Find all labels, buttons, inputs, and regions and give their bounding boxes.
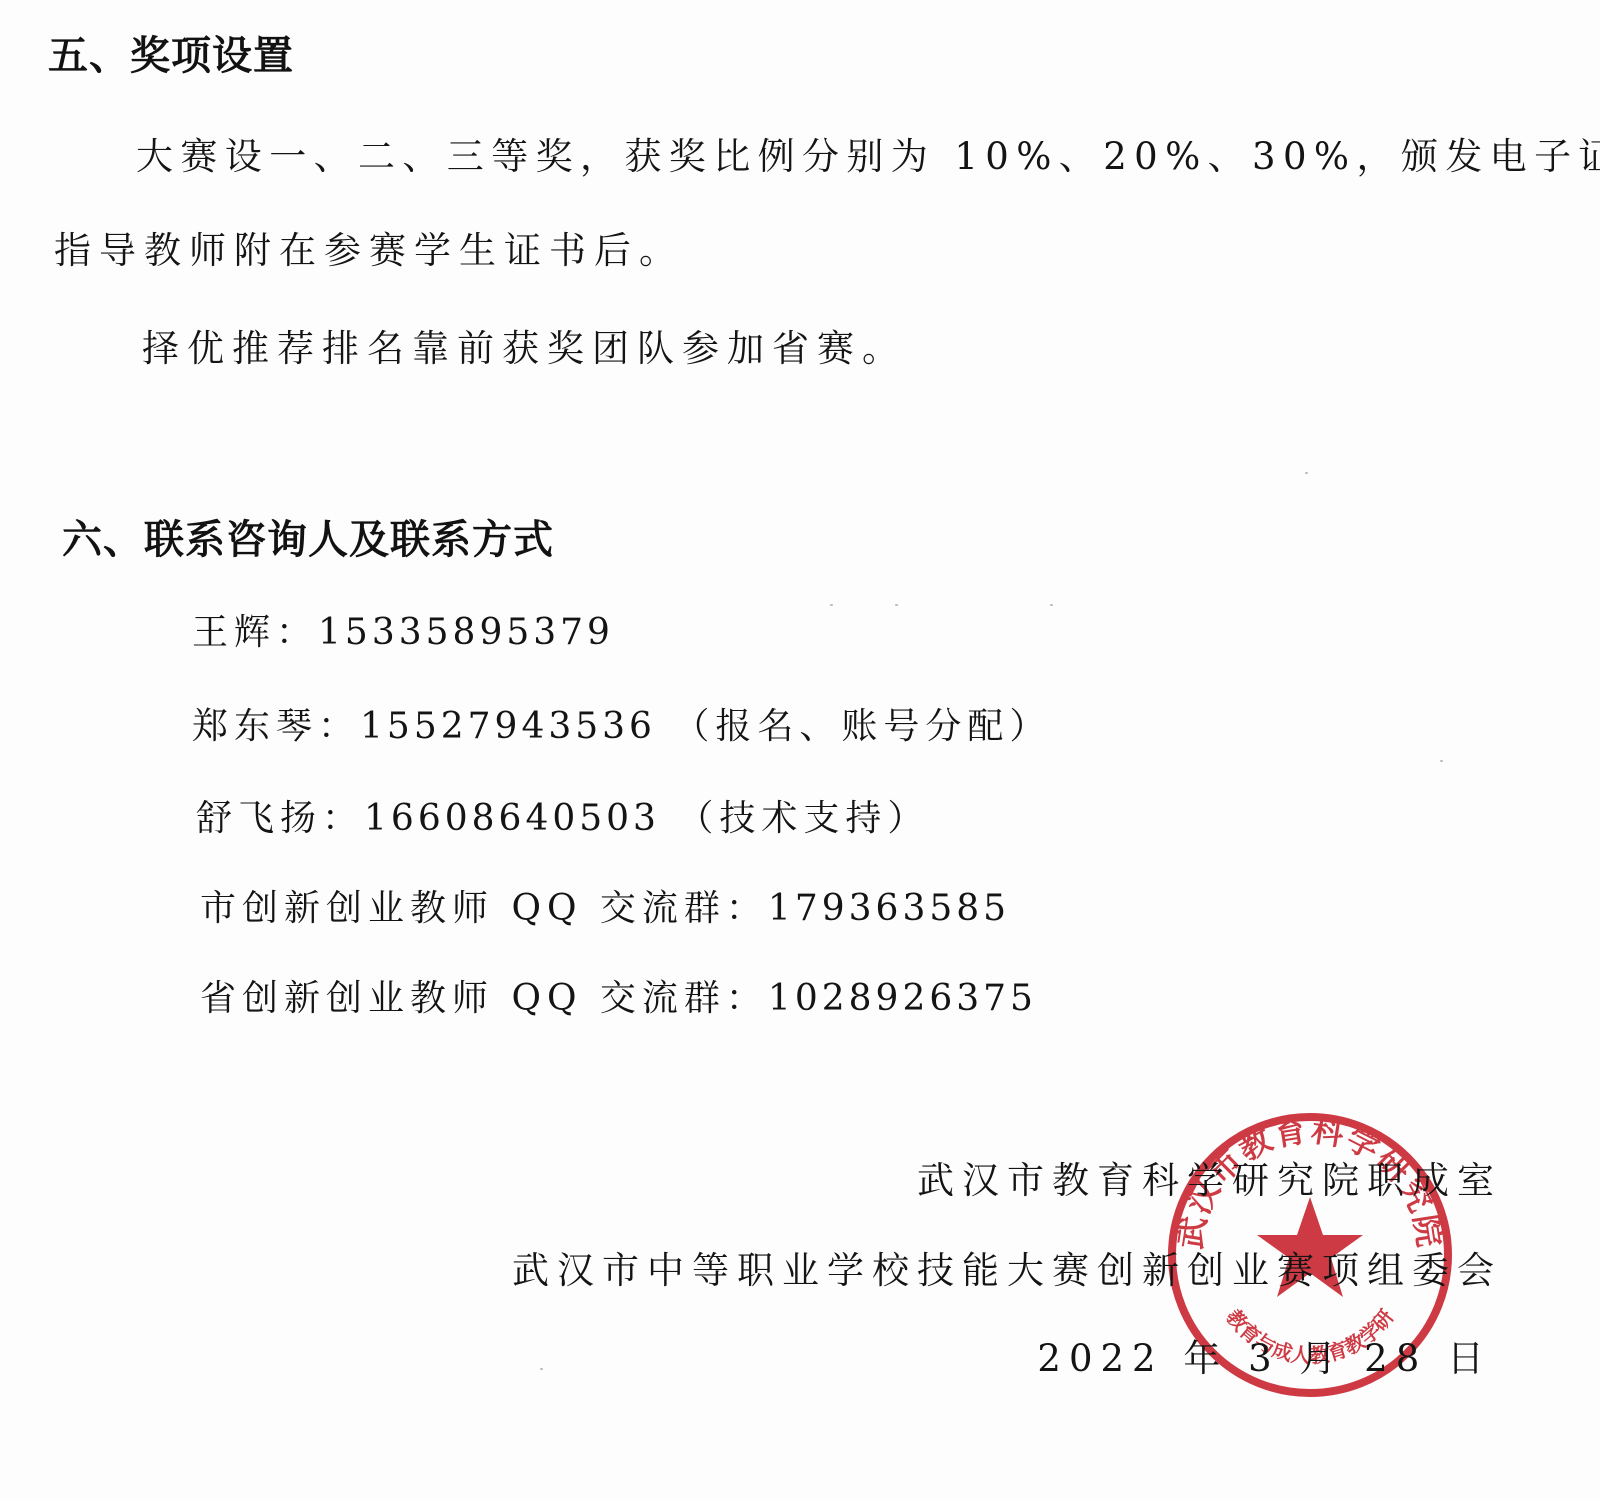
scan-speck: [895, 604, 898, 606]
signature-date: 2022 年 3 月 28 日: [1037, 1328, 1492, 1382]
qq-group-label: 市创新创业教师 QQ 交流群：: [200, 888, 768, 929]
qq-group-row: 市创新创业教师 QQ 交流群：179363585: [200, 880, 1010, 931]
scan-speck: [830, 604, 833, 606]
qq-group-number[interactable]: 179363585: [768, 888, 1010, 929]
signature-org-1: 武汉市教育科学研究院职成室: [917, 1150, 1502, 1204]
section-heading-contacts: 六、联系咨询人及联系方式: [62, 508, 554, 565]
scan-speck: [1305, 472, 1308, 474]
signature-org-2: 武汉市中等职业学校技能大赛创新创业赛项组委会: [512, 1240, 1502, 1294]
contact-row: 郑东琴：15527943536 （报名、账号分配）: [192, 698, 1051, 749]
document-page: 五、奖项设置 大赛设一、二、三等奖，获奖比例分别为 10%、20%、30%，颁发…: [0, 0, 1600, 1501]
contact-phone[interactable]: 15527943536: [360, 706, 656, 747]
contact-note: （技术支持）: [677, 798, 929, 839]
contact-phone[interactable]: 16608640503: [364, 798, 660, 839]
qq-group-label: 省创新创业教师 QQ 交流群：: [200, 978, 768, 1019]
contact-name: 郑东琴：: [192, 706, 360, 747]
qq-group-row: 省创新创业教师 QQ 交流群：1028926375: [200, 970, 1037, 1021]
awards-paragraph-line-1: 大赛设一、二、三等奖，获奖比例分别为 10%、20%、30%，颁发电子证书，: [136, 126, 1600, 180]
contact-row: 舒飞扬：16608640503 （技术支持）: [196, 790, 929, 841]
contact-row: 王辉：15335895379: [192, 604, 614, 655]
contact-note: （报名、账号分配）: [673, 706, 1051, 747]
scan-speck: [1440, 760, 1443, 762]
awards-paragraph-line-2: 指导教师附在参赛学生证书后。: [54, 220, 684, 274]
scan-speck: [540, 1368, 543, 1370]
contact-name: 舒飞扬：: [196, 798, 364, 839]
awards-recommendation-paragraph: 择优推荐排名靠前获奖团队参加省赛。: [142, 318, 907, 372]
section-heading-awards: 五、奖项设置: [48, 24, 294, 81]
contact-name: 王辉：: [192, 612, 318, 653]
contact-phone[interactable]: 15335895379: [318, 612, 614, 653]
qq-group-number[interactable]: 1028926375: [768, 978, 1037, 1019]
scan-speck: [1050, 604, 1053, 606]
